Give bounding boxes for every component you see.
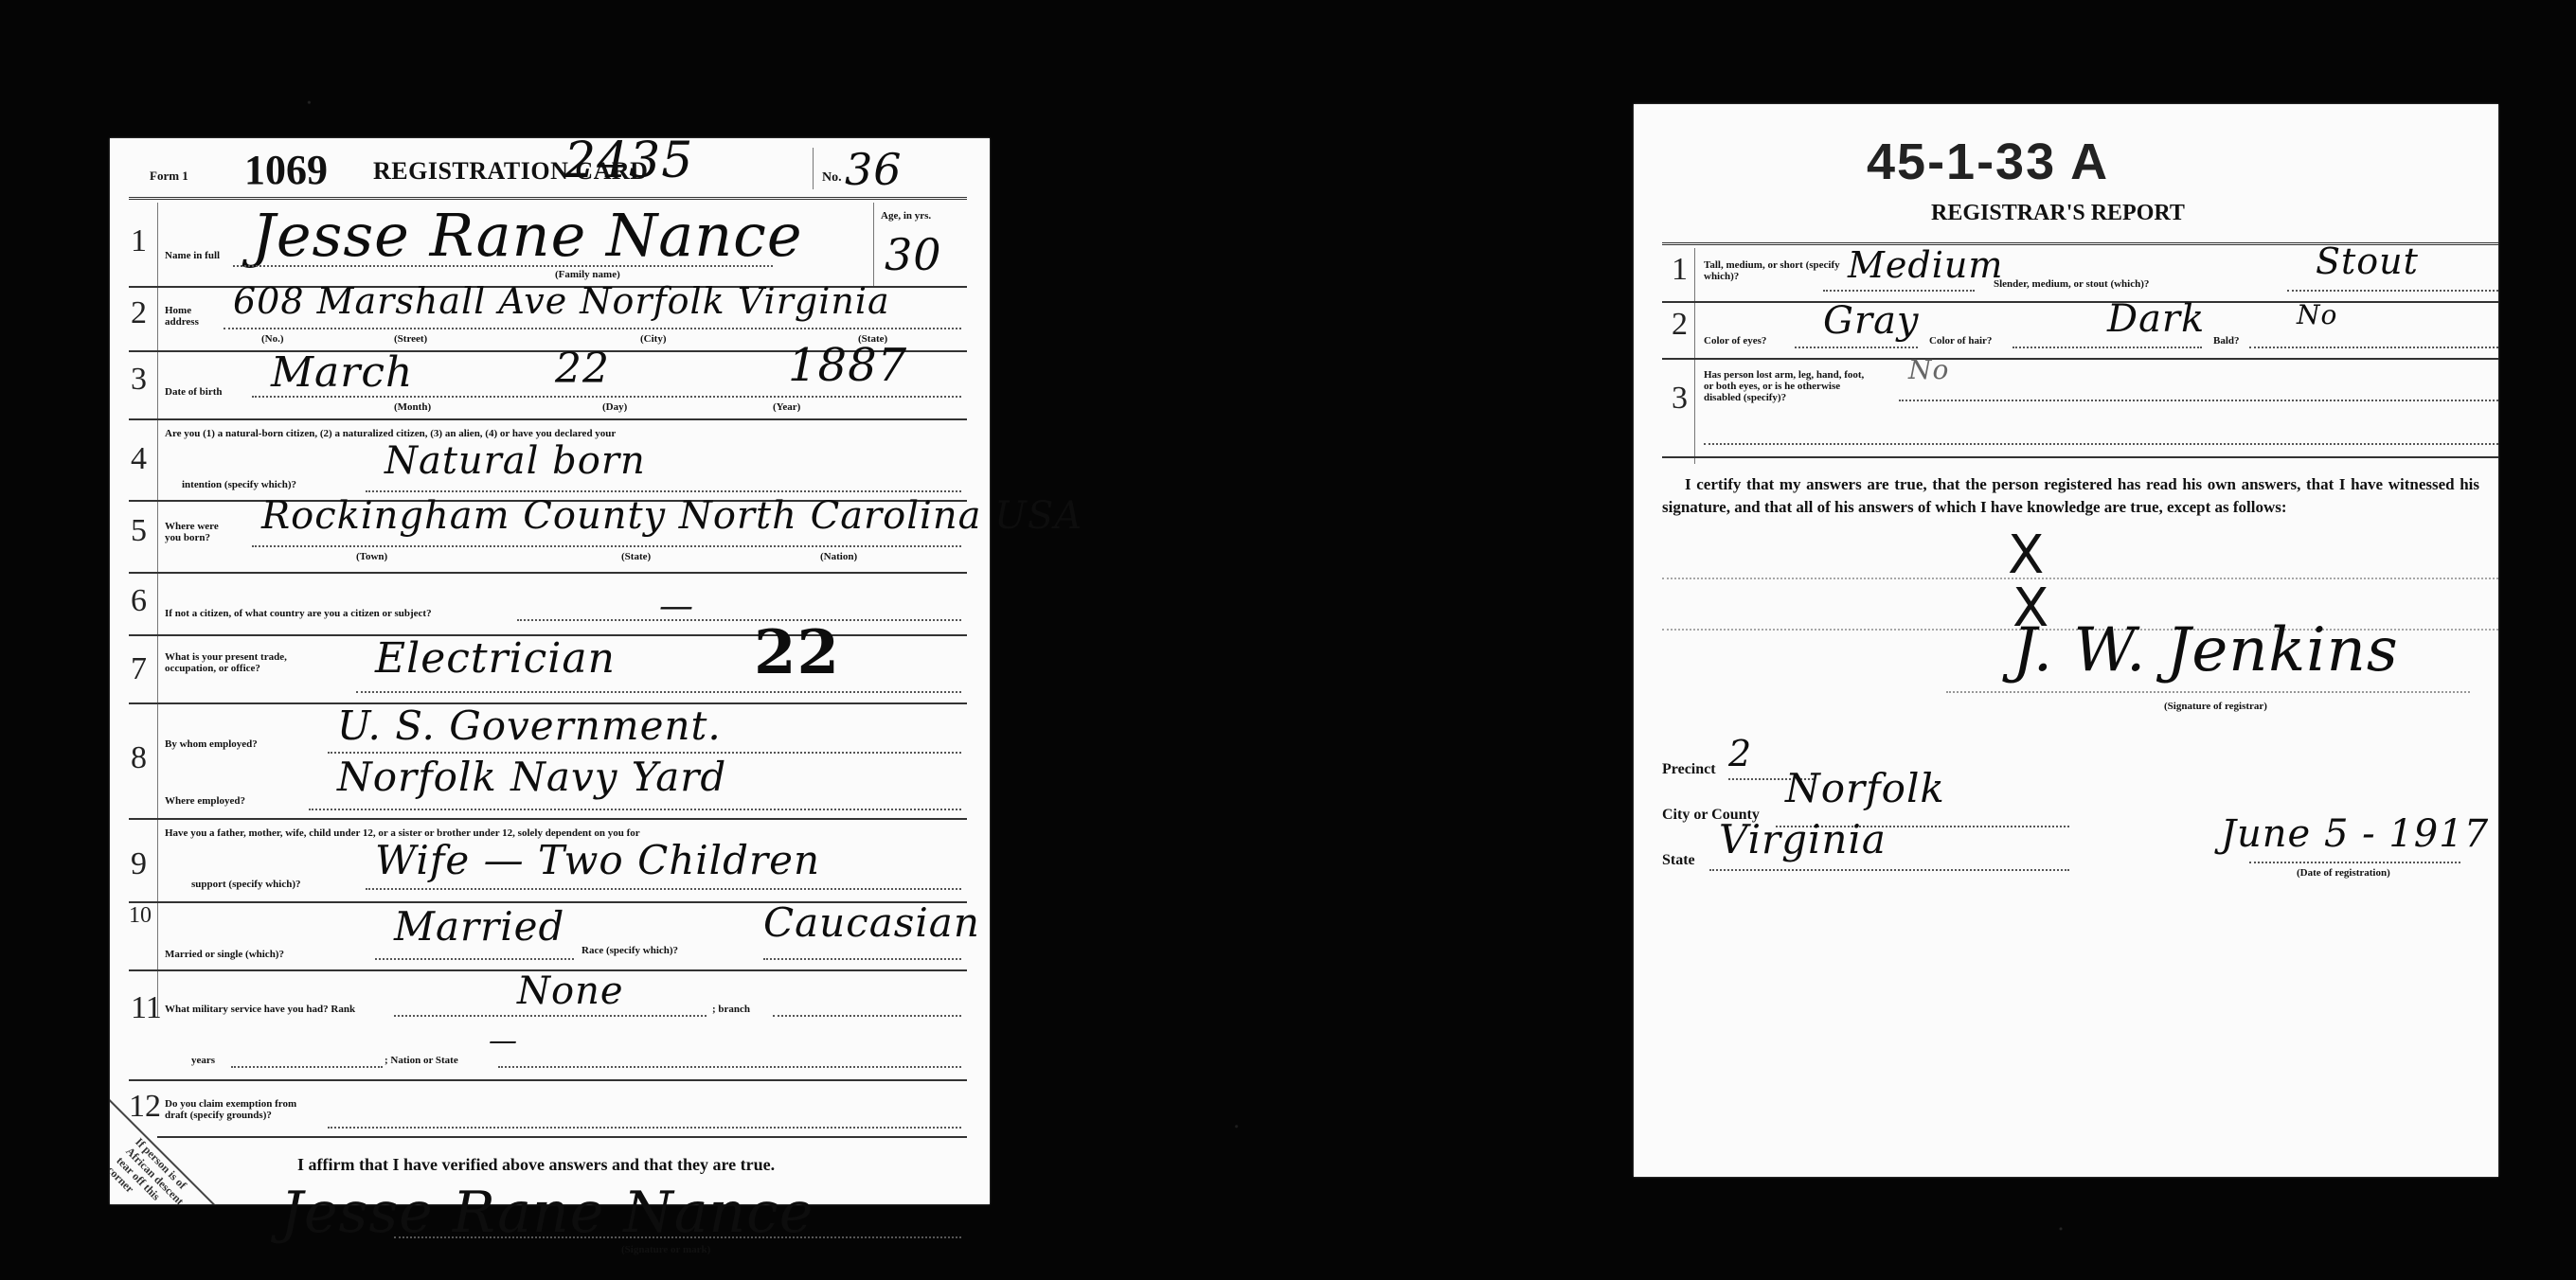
disability-label: Has person lost arm, leg, hand, foot, or… [1704, 369, 1874, 403]
military-rank-value: None [517, 969, 624, 1013]
hair-color-line [2012, 347, 2202, 348]
employment-place-line [309, 809, 961, 810]
foreign-citizen-label: If not a citizen, of what country are yo… [165, 608, 432, 619]
years-label: years [191, 1055, 215, 1066]
sublabel-state: (State) [621, 551, 651, 562]
years-line [231, 1066, 383, 1068]
disability-value: No [1908, 354, 1949, 385]
race-label: Race (specify which)? [581, 945, 678, 956]
row-number: 9 [131, 846, 147, 882]
build-value: Stout [2316, 240, 2419, 282]
branch-line [773, 1015, 961, 1017]
exemption-line [328, 1127, 961, 1129]
marital-label: Married or single (which)? [165, 949, 284, 960]
handwritten-serial: 2435 [564, 133, 693, 189]
foreign-citizen-line [517, 619, 961, 621]
address-line [224, 328, 961, 329]
sublabel-town: (Town) [356, 551, 387, 562]
disability-line-2 [1704, 443, 2498, 445]
row-number: 1 [1672, 252, 1688, 288]
state-label: State [1662, 852, 1695, 869]
row-number: 2 [131, 295, 147, 331]
form-label: Form 1 [150, 169, 188, 184]
row-number: 1 [131, 223, 147, 259]
branch-label: ; branch [712, 1004, 750, 1015]
age-value: 30 [885, 229, 942, 280]
birthplace-value: Rockingham County North Carolina USA [261, 494, 1082, 538]
bald-value: No [2297, 299, 2337, 330]
sublabel-month: (Month) [394, 401, 431, 413]
dob-line [252, 396, 961, 398]
row-number: 3 [1672, 381, 1688, 417]
occupation-label: What is your present trade, occupation, … [165, 651, 297, 674]
race-value: Caucasian [763, 899, 980, 946]
address-value: 608 Marshall Ave Norfolk Virginia [233, 280, 890, 322]
dob-day: 22 [555, 345, 610, 393]
state-value: Virginia [1719, 816, 1887, 862]
dependents-value: Wife — Two Children [375, 837, 820, 883]
name-line [233, 265, 773, 267]
row-number: 3 [131, 362, 147, 398]
certification-text: I certify that my answers are true, that… [1662, 473, 2479, 519]
row-rule [129, 418, 967, 420]
row-rule [1662, 358, 2498, 360]
dob-month: March [271, 348, 413, 397]
birthplace-line [252, 545, 961, 547]
row-rule [129, 1079, 967, 1081]
sublabel-year: (Year) [773, 401, 800, 413]
race-line [763, 958, 961, 960]
address-label: Home address [165, 305, 222, 328]
tear-off-corner: If person is of African descent, tear of… [110, 1090, 261, 1204]
header-divider [813, 148, 814, 189]
card-number: 36 [845, 144, 903, 195]
report-title: REGISTRAR'S REPORT [1931, 201, 2185, 226]
citizenship-line [366, 490, 961, 492]
state-line [1709, 869, 2069, 871]
military-label: What military service have you had? Rank [165, 1004, 355, 1015]
row-number-divider [157, 203, 158, 1017]
dependents-label: support (specify which)? [191, 879, 301, 890]
sublabel-street: (Street) [394, 333, 427, 345]
dependents-line [366, 888, 961, 890]
hair-color-label: Color of hair? [1929, 335, 1992, 347]
no-label: No. [822, 170, 842, 186]
height-line [1823, 290, 1975, 292]
registrars-report-card: 45-1-33 A REGISTRAR'S REPORT 1 Tall, med… [1634, 104, 2498, 1177]
name-sublabel: (Family name) [555, 269, 620, 280]
eye-color-line [1795, 347, 1918, 348]
sublabel-nation: (Nation) [820, 551, 857, 562]
sublabel-day: (Day) [602, 401, 627, 413]
form-number: 1069 [244, 146, 328, 194]
build-label: Slender, medium, or stout (which)? [1994, 278, 2149, 290]
city-value: Norfolk [1785, 765, 1945, 811]
row-number: 11 [131, 990, 162, 1026]
nation-value: — [489, 1024, 518, 1058]
registrar-signature: J. W. Jenkins [2012, 615, 2399, 685]
birthplace-label: Where were you born? [165, 521, 227, 543]
bald-line [2249, 347, 2498, 348]
report-serial: 45-1-33 A [1867, 133, 2109, 191]
disability-line [1899, 400, 2498, 401]
occupation-annotation: 22 [754, 617, 840, 688]
signature-label: (Signature or mark) [621, 1244, 710, 1255]
nation-line [498, 1066, 961, 1068]
height-value: Medium [1848, 244, 2003, 286]
rank-line [394, 1015, 707, 1017]
name-label: Name in full [165, 250, 220, 261]
height-label: Tall, medium, or short (specify which)? [1704, 259, 1846, 282]
bald-label: Bald? [2213, 335, 2240, 347]
precinct-label: Precinct [1662, 761, 1716, 778]
row-rule [129, 818, 967, 820]
registrar-signature-label: (Signature of registrar) [2164, 701, 2267, 712]
employment-place-label: Where employed? [165, 795, 245, 807]
date-label: (Date of registration) [2297, 867, 2390, 879]
employer-label: By whom employed? [165, 738, 258, 750]
citizenship-label: intention (specify which)? [182, 479, 296, 490]
row-number: 5 [131, 513, 147, 549]
registration-card: Form 1 1069 REGISTRATION CARD 2435 No. 3… [110, 138, 990, 1204]
sublabel-no: (No.) [261, 333, 284, 345]
eye-color-value: Gray [1823, 299, 1920, 343]
age-label: Age, in yrs. [881, 210, 931, 222]
row-rule [157, 1136, 967, 1138]
dob-label: Date of birth [165, 386, 223, 398]
signature-line [394, 1236, 961, 1238]
row-number-divider [1694, 248, 1695, 464]
row-number: 8 [131, 740, 147, 776]
header-rule [129, 197, 967, 200]
occupation-value: Electrician [375, 634, 616, 683]
row-rule [129, 572, 967, 574]
citizenship-question: Are you (1) a natural-born citizen, (2) … [165, 428, 616, 439]
row-number: 2 [1672, 307, 1688, 343]
hair-color-value: Dark [2107, 297, 2205, 341]
nation-label: ; Nation or State [385, 1055, 458, 1066]
age-divider [873, 203, 874, 286]
citizenship-value: Natural born [385, 439, 646, 483]
marital-value: Married [394, 903, 564, 950]
row-number: 4 [131, 441, 147, 477]
occupation-line [356, 691, 961, 693]
registration-date: June 5 - 1917 [2221, 812, 2489, 856]
marital-line [375, 958, 574, 960]
sublabel-city: (City) [640, 333, 667, 345]
exceptions-line [1662, 578, 2498, 579]
row-number: 7 [131, 651, 147, 687]
precinct-value: 2 [1728, 733, 1752, 774]
registrar-signature-line [1946, 691, 2470, 693]
build-line [2287, 290, 2498, 292]
dob-year: 1887 [788, 339, 907, 392]
row-number: 6 [131, 583, 147, 619]
name-value: Jesse Rane Nance [252, 201, 803, 270]
date-line [2249, 862, 2460, 863]
employment-place-value: Norfolk Navy Yard [337, 754, 726, 800]
employer-value: U. S. Government. [337, 702, 722, 749]
row-number: 10 [129, 903, 152, 929]
row-rule [1662, 301, 2498, 303]
eye-color-label: Color of eyes? [1704, 335, 1766, 347]
affirmation-text: I affirm that I have verified above answ… [297, 1155, 775, 1175]
row-rule [1662, 456, 2498, 458]
